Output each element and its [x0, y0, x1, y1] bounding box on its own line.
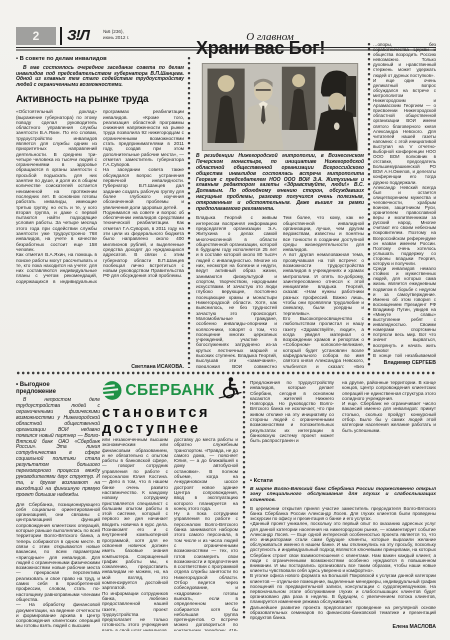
article-church-meeting: Храни вас Бог! — [196, 39, 364, 368]
article-body-column: Предложения по трудоустройству инвалидов… — [250, 380, 334, 474]
photo-caption: В резиденции Нижегородской митрополии, в… — [196, 154, 364, 212]
vertical-dotted-rule — [242, 380, 246, 620]
meeting-photo — [196, 63, 364, 151]
newspaper-page: 2 З!Л №6 (236), июнь 2012 г. О главном •… — [0, 0, 450, 640]
icon-right — [282, 67, 315, 130]
article-headline: Храни вас Бог! — [196, 39, 364, 58]
article-headline: Активность на рынке труда — [16, 94, 184, 105]
vertical-dotted-rule — [187, 56, 191, 368]
article-sberbank-left-column: • Выгодное предложение В непростом деле … — [16, 382, 100, 630]
wheelchair-icon — [218, 375, 242, 401]
page-number-box: 2 — [16, 27, 56, 45]
article-labor-market: • В совете по делам инвалидов В мае сост… — [16, 56, 184, 370]
byline: Владимир СЕРГЕЕВ — [373, 360, 436, 366]
article-body-column: на другие, районные территории. В конце … — [342, 380, 436, 474]
header-divider — [60, 27, 62, 45]
article-body: Для Сбербанка, позиционирующего себя соц… — [16, 502, 100, 630]
sidebar-kstati: • Кстати В марте Волго-Вятский банк Сбер… — [250, 478, 436, 630]
kicker: • В совете по делам инвалидов — [16, 56, 184, 63]
article-lead: В непростом деле трудоустройства людей с… — [16, 398, 100, 498]
sberbank-brand: СБЕРБАНК — [125, 382, 214, 400]
article-body: …опоры, без соработничества Церкви и общ… — [373, 42, 436, 358]
article-headline-line2: доступнее — [102, 421, 242, 437]
article-body: Владыка Георгий с живым интересом воспри… — [196, 215, 364, 368]
article-body-column: или незаконченным высшим экономическим и… — [102, 437, 168, 631]
issue-info: №6 (236), июнь 2012 г. — [103, 29, 129, 40]
article-lead: В мае состоялось очередное заседание сов… — [16, 66, 184, 90]
article-headline-line1: становится — [102, 405, 242, 421]
kstati-body: В церемонии открытия принял участие заме… — [250, 506, 436, 622]
byline: Елена МАСЛОВА — [250, 624, 436, 630]
kicker: • Выгодное — [16, 382, 100, 389]
newspaper-logo: З!Л — [67, 27, 89, 44]
article-body: «Обстоятельный доклад» (выражение губерн… — [16, 109, 184, 362]
sberbank-brand-block: СБЕРБАНК становится доступнее — [102, 380, 242, 437]
kstati-lead: В марте Волго-Вятский банк Сбербанка Рос… — [250, 487, 436, 504]
kicker-line2: предложение — [16, 389, 100, 396]
article-church-right-column: …опоры, без соработничества Церкви и общ… — [373, 42, 436, 366]
byline: Светлана ИСАКОВА. — [16, 364, 184, 370]
issue-date: июнь 2012 г. — [103, 35, 129, 41]
kicker: • Кстати — [250, 478, 436, 485]
vertical-dotted-rule — [367, 42, 371, 368]
icon-left — [207, 69, 244, 143]
article-body-column: доставку до места работы и обратно служе… — [174, 437, 238, 631]
sberbank-logo-icon — [102, 380, 122, 401]
